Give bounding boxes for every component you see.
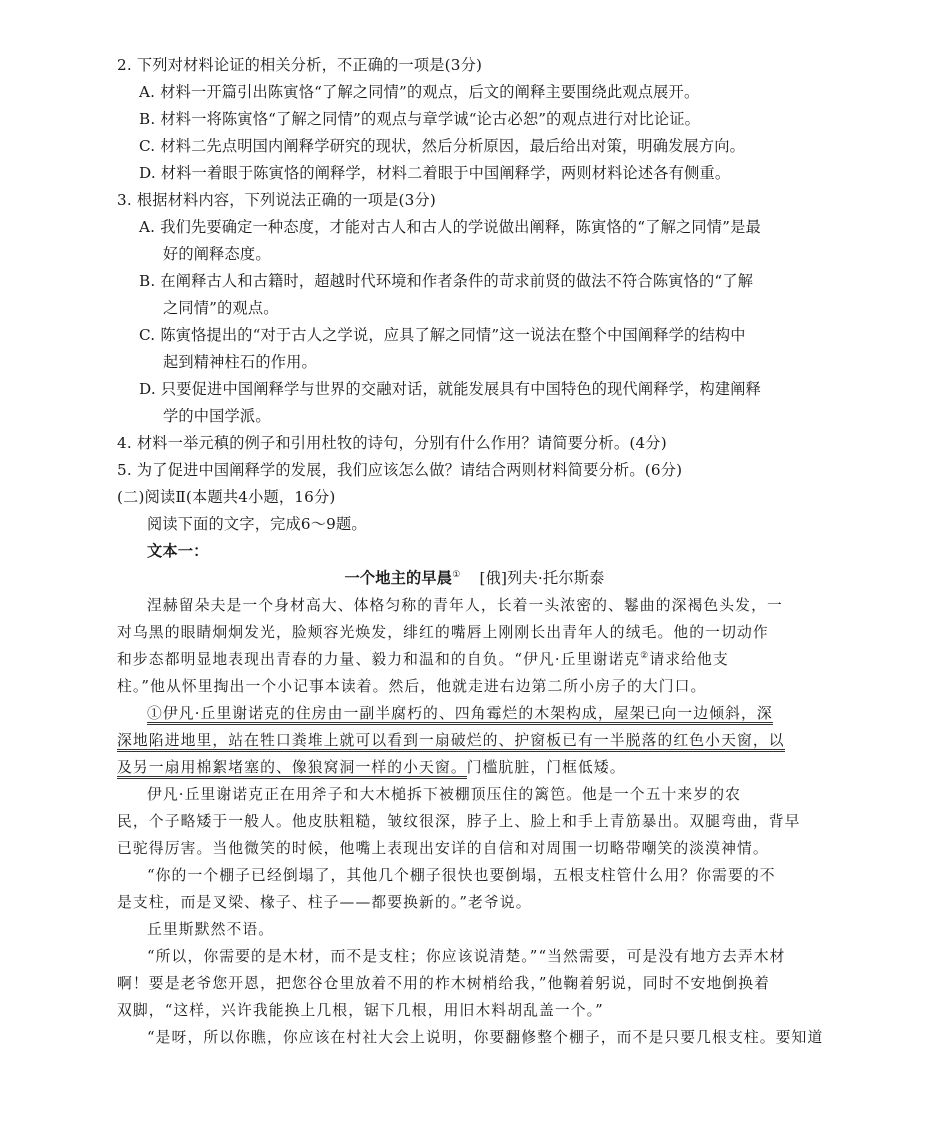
paragraph-7-line-1: “是呀，所以你瞧，你应该在村社大会上说明，你要翻修整个棚子，而不是只要几根支柱。… <box>117 1024 832 1051</box>
passage-title: 一个地主的早晨 <box>344 569 452 587</box>
question-4: 4. 材料一举元稹的例子和引用杜牧的诗句，分别有什么作用？请简要分析。(4分) <box>117 430 832 457</box>
question-3-option-d-line1: D. 只要促进中国阐释学与世界的交融对话，就能发展具有中国特色的现代阐释学，构建… <box>117 376 832 403</box>
paragraph-3-line-1: 伊凡·丘里谢诺克正在用斧子和大木槌拆下被棚顶压住的篱笆。他是一个五十来岁的农 <box>117 781 832 808</box>
paragraph-4-line-1: “你的一个棚子已经倒塌了，其他几个棚子很快也要倒塌，五根支柱管什么用？你需要的不 <box>117 862 832 889</box>
question-3-option-d-line2: 学的中国学派。 <box>117 403 832 430</box>
paragraph-1-line-2: 对乌黑的眼睛炯炯发光，脸颊容光焕发，绯红的嘴唇上刚刚长出青年人的绒毛。他的一切动… <box>117 619 832 646</box>
paragraph-6-line-2: 啊！要是老爷您开恩，把您谷仓里放着不用的柞木树梢给我，”他鞠着躬说，同时不安地倒… <box>117 970 832 997</box>
paragraph-1-line-3: 和步态都明显地表现出青春的力量、毅力和温和的自负。“伊凡·丘里谢诺克②请求给他支 <box>117 646 832 673</box>
paragraph-6-line-1: “所以，你需要的是木材，而不是支柱；你应该说清楚。”“当然需要，可是没有地方去弄… <box>117 943 832 970</box>
paragraph-2-line-1: ①伊凡·丘里谢诺克的住房由一副半腐朽的、四角霉烂的木架构成，屋架已向一边倾斜，深 <box>117 700 832 727</box>
question-3-option-a-line2: 好的阐释态度。 <box>117 241 832 268</box>
question-3-option-c-line1: C. 陈寅恪提出的“对于古人之学说，应具了解之同情”这一说法在整个中国阐释学的结… <box>117 322 832 349</box>
underlined-sentence-part-3: 及另一扇用棉絮堵塞的、像狼窝洞一样的小天窗。 <box>117 759 467 779</box>
passage-title-line: 一个地主的早晨① [俄]列夫·托尔斯泰 <box>117 565 832 592</box>
text-label: 文本一： <box>117 538 832 565</box>
section-instruction: 阅读下面的文字，完成6～9题。 <box>117 511 832 538</box>
paragraph-2-line-3: 及另一扇用棉絮堵塞的、像狼窝洞一样的小天窗。门槛肮脏，门框低矮。 <box>117 754 832 781</box>
question-2-option-b: B. 材料一将陈寅恪“了解之同情”的观点与章学诚“论古必恕”的观点进行对比论证。 <box>117 106 832 133</box>
footnote-marker-2: ② <box>640 651 649 661</box>
question-3-option-b-line1: B. 在阐释古人和古籍时，超越时代环境和作者条件的苛求前贤的做法不符合陈寅恪的“… <box>117 268 832 295</box>
exam-page: 2. 下列对材料论证的相关分析，不正确的一项是(3分) A. 材料一开篇引出陈寅… <box>117 52 832 1051</box>
underlined-sentence-part-2: 深地陷进地里，站在牲口粪堆上就可以看到一扇破烂的、护窗板已有一半脱落的红色小天窗… <box>117 732 785 752</box>
question-3-stem: 3. 根据材料内容，下列说法正确的一项是(3分) <box>117 187 832 214</box>
paragraph-1-line-3-text: 和步态都明显地表现出青春的力量、毅力和温和的自负。“伊凡·丘里谢诺克 <box>117 651 640 668</box>
paragraph-3-line-3: 已驼得厉害。当他微笑的时候，他嘴上表现出安详的自信和对周围一切略带嘲笑的淡漠神情… <box>117 835 832 862</box>
paragraph-1-line-3-tail: 请求给他支 <box>649 651 729 668</box>
footnote-marker-1: ① <box>452 570 460 580</box>
underlined-sentence-part-1: ①伊凡·丘里谢诺克的住房由一副半腐朽的、四角霉烂的木架构成，屋架已向一边倾斜，深 <box>147 705 773 725</box>
question-2-option-a: A. 材料一开篇引出陈寅恪“了解之同情”的观点，后文的阐释主要围绕此观点展开。 <box>117 79 832 106</box>
paragraph-2-line-2: 深地陷进地里，站在牲口粪堆上就可以看到一扇破烂的、护窗板已有一半脱落的红色小天窗… <box>117 727 832 754</box>
section-heading: (二)阅读Ⅱ(本题共4小题，16分) <box>117 484 832 511</box>
question-3-option-a-line1: A. 我们先要确定一种态度，才能对古人和古人的学说做出阐释，陈寅恪的“了解之同情… <box>117 214 832 241</box>
paragraph-6-line-3: 双脚，“这样，兴许我能换上几根，锯下几根，用旧木料胡乱盖一个。” <box>117 997 832 1024</box>
question-2-option-c: C. 材料二先点明国内阐释学研究的现状，然后分析原因，最后给出对策，明确发展方向… <box>117 133 832 160</box>
question-3-option-b-line2: 之同情”的观点。 <box>117 295 832 322</box>
question-2-stem: 2. 下列对材料论证的相关分析，不正确的一项是(3分) <box>117 52 832 79</box>
paragraph-4-line-2: 是支柱，而是叉梁、椽子、柱子——都要换新的。”老爷说。 <box>117 889 832 916</box>
paragraph-2-tail: 门槛肮脏，门框低矮。 <box>467 759 626 776</box>
paragraph-3-line-2: 民，个子略矮于一般人。他皮肤粗糙，皱纹很深，脖子上、脸上和手上青筋暴出。双腿弯曲… <box>117 808 832 835</box>
paragraph-1-line-4: 柱。”他从怀里掏出一个小记事本读着。然后，他就走进右边第二所小房子的大门口。 <box>117 673 832 700</box>
paragraph-5-line-1: 丘里斯默然不语。 <box>117 916 832 943</box>
question-5: 5. 为了促进中国阐释学的发展，我们应该怎么做？请结合两则材料简要分析。(6分) <box>117 457 832 484</box>
passage-author: [俄]列夫·托尔斯泰 <box>480 569 605 587</box>
paragraph-1-line-1: 涅赫留朵夫是一个身材高大、体格匀称的青年人，长着一头浓密的、鬈曲的深褐色头发，一 <box>117 592 832 619</box>
question-3-option-c-line2: 起到精神柱石的作用。 <box>117 349 832 376</box>
question-2-option-d: D. 材料一着眼于陈寅恪的阐释学，材料二着眼于中国阐释学，两则材料论述各有侧重。 <box>117 160 832 187</box>
